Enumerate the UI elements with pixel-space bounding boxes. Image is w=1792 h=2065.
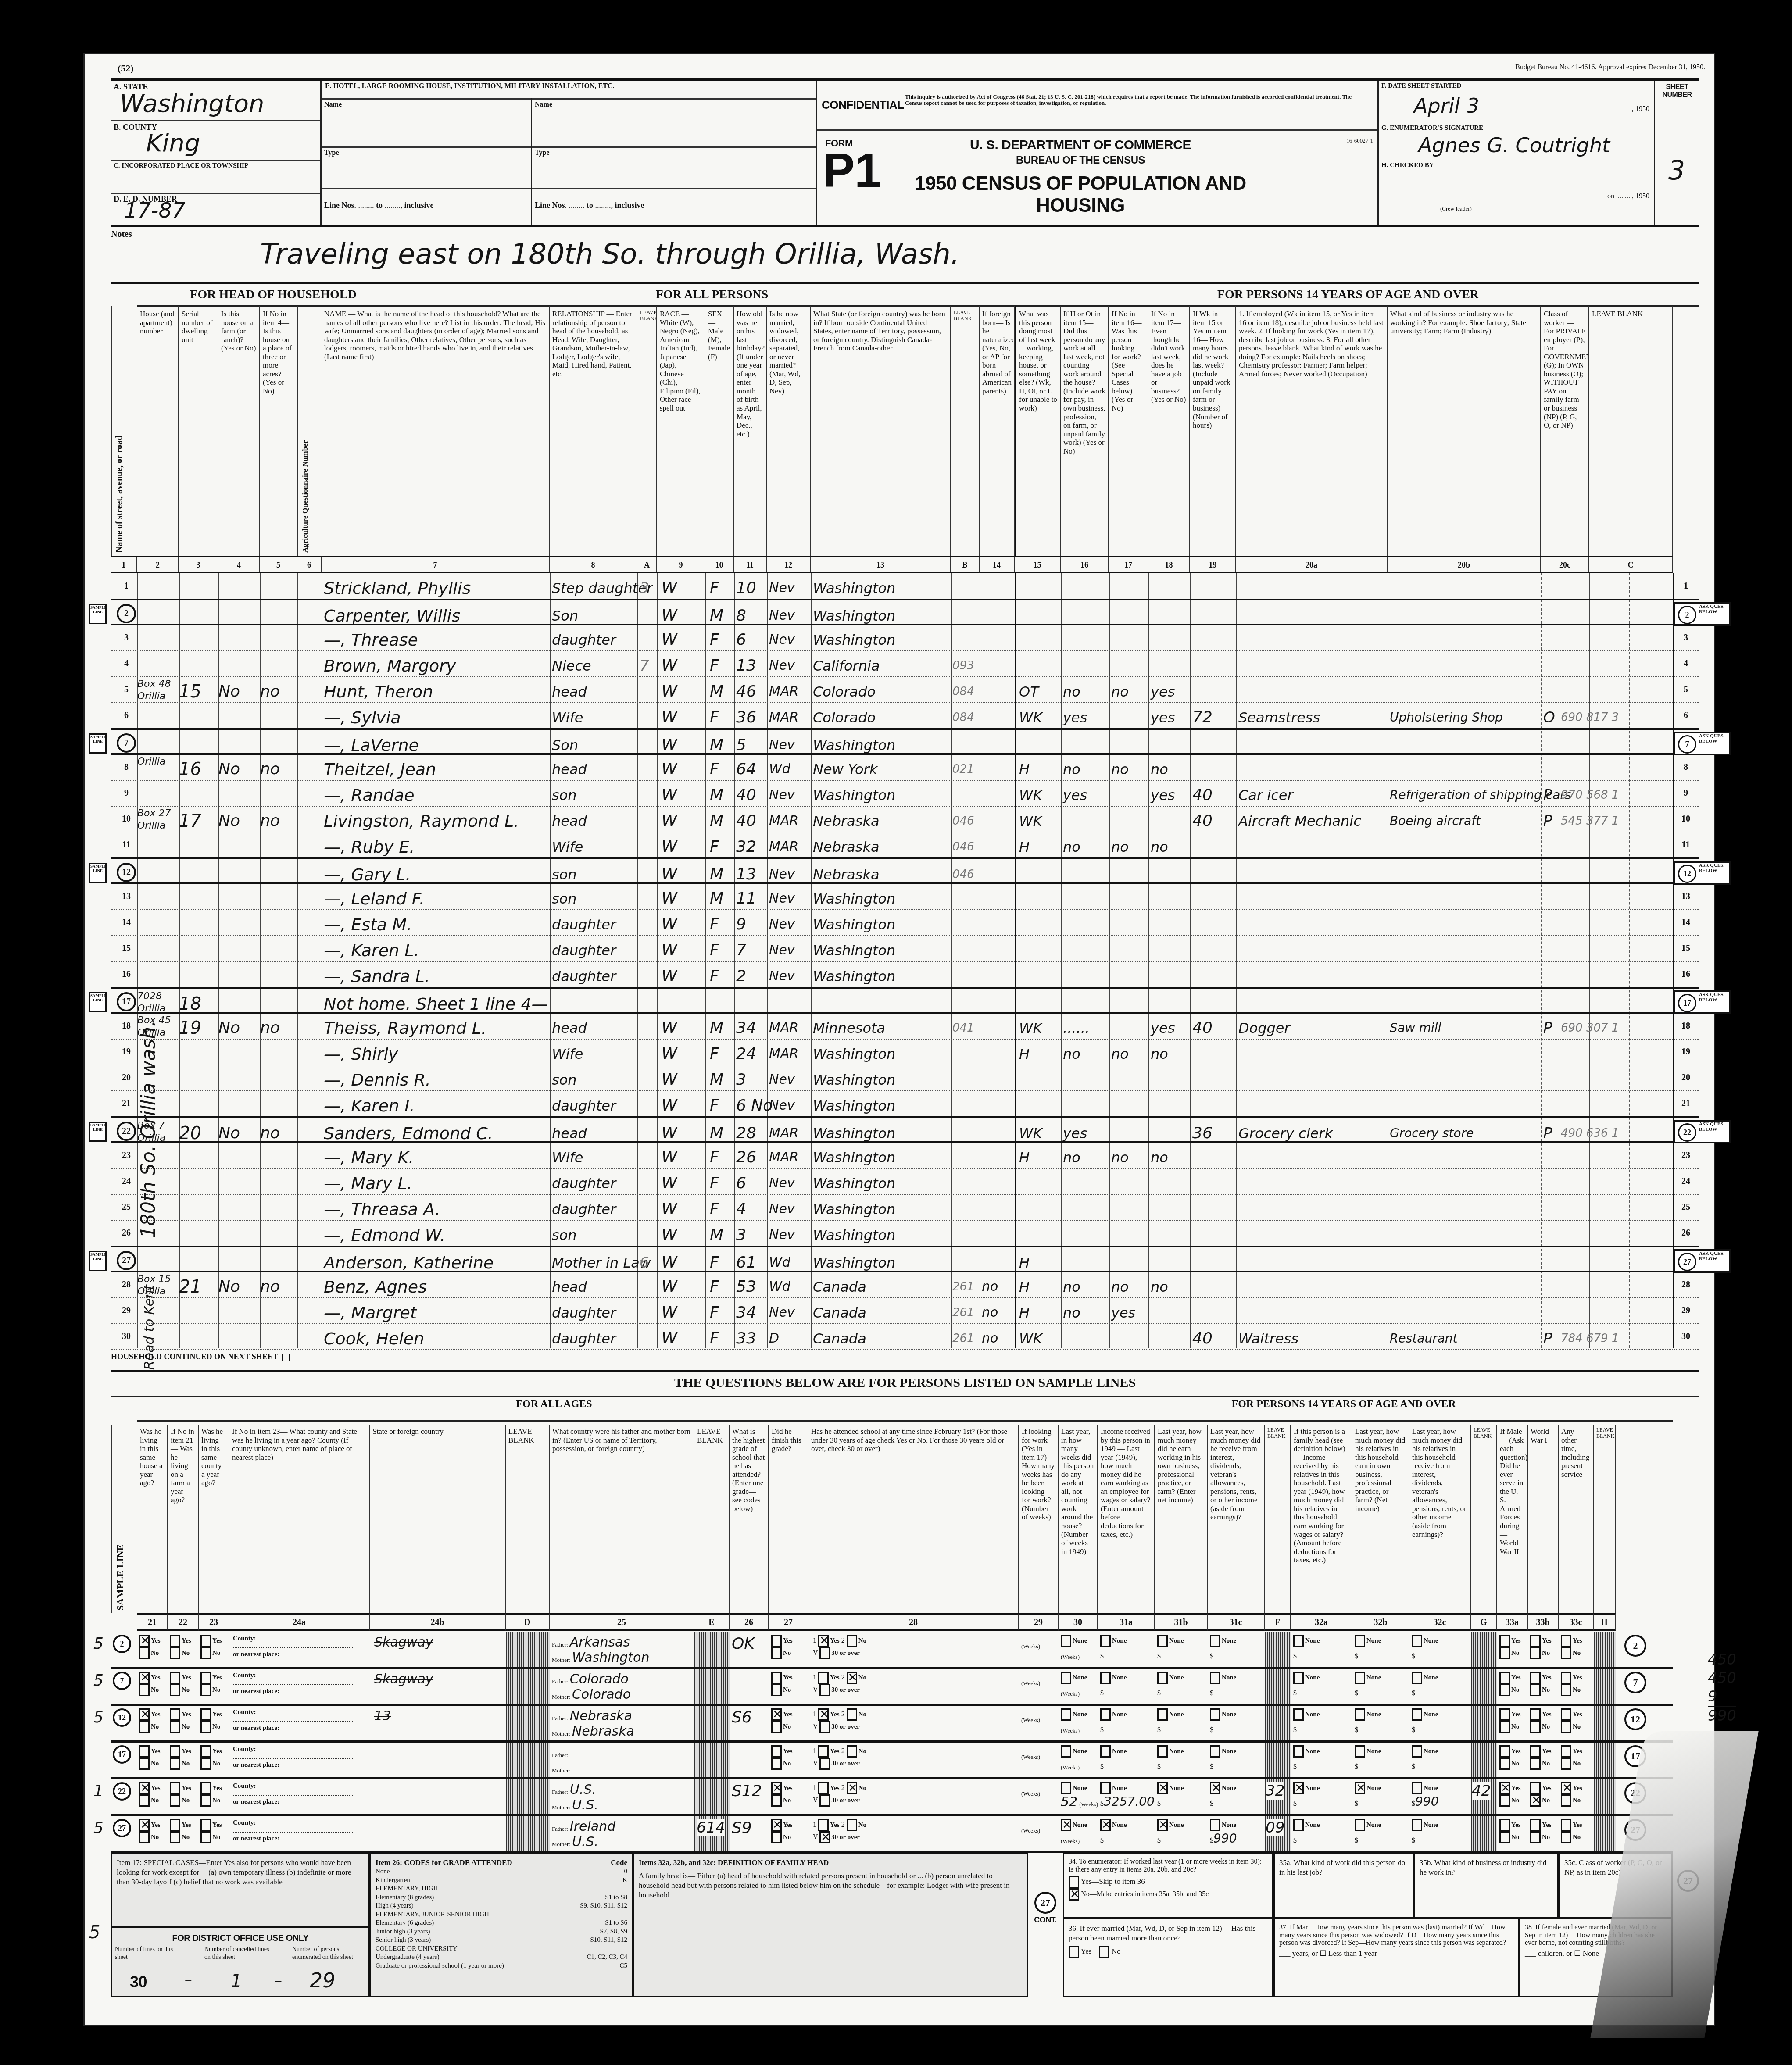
weeks-worked[interactable]: None52 (Weeks)	[1061, 1782, 1098, 1810]
income-i32a[interactable]: None$	[1293, 1635, 1320, 1661]
checkbox-q21[interactable]: ✕YesNo	[139, 1708, 161, 1733]
cell-race: W	[662, 702, 705, 729]
cell-occupation	[1238, 1297, 1388, 1324]
cell-codes	[1561, 1247, 1631, 1274]
weeks-worked[interactable]: None (Weeks)	[1061, 1745, 1087, 1773]
parents-birthplace[interactable]: Father: ArkansasMother: Washington	[552, 1635, 649, 1665]
cell-acres: no	[260, 1013, 297, 1040]
cell-codes	[1561, 1065, 1631, 1091]
income-i31b[interactable]: None$	[1157, 1708, 1184, 1735]
parents-birthplace[interactable]: Father: IrelandMother: U.S.	[552, 1819, 615, 1850]
sheet-number: 3	[1668, 155, 1685, 186]
cell-industry: Saw mill	[1390, 1013, 1541, 1040]
cell-farm: No	[218, 806, 260, 832]
income-i32c[interactable]: None$	[1412, 1672, 1438, 1698]
cell-occupation	[1238, 883, 1388, 910]
income-i31c[interactable]: ✕None$	[1210, 1782, 1236, 1809]
cell-look17	[1111, 1118, 1148, 1145]
line-number-right: 28	[1673, 1272, 1699, 1298]
household-continued-checkbox[interactable]	[282, 1354, 290, 1361]
cell-activity	[1019, 1065, 1061, 1091]
cell-industry: Refrigeration of shipping cars	[1390, 780, 1541, 807]
weeks-looking[interactable]: (Weeks)	[1021, 1672, 1040, 1687]
cell-a	[640, 1323, 657, 1350]
income-i32a[interactable]: None$	[1293, 1819, 1320, 1846]
grade-field[interactable]: S9	[732, 1819, 752, 1837]
county-field[interactable]: County:or nearest place:	[232, 1819, 354, 1843]
cell-birthplace: Washington	[813, 573, 951, 600]
sample-col-header: Last year, how much money did his relati…	[1409, 1425, 1471, 1613]
line-number-right: 24	[1673, 1168, 1699, 1195]
income-i32a[interactable]: ✕None$	[1293, 1782, 1320, 1809]
cell-occupation	[1238, 1247, 1388, 1274]
checkbox-q22[interactable]: YesNo	[170, 1819, 191, 1843]
cell-hours: 40	[1192, 806, 1236, 832]
cell-name: —, Ruby E.	[324, 832, 550, 858]
weeks-looking[interactable]: (Weeks)	[1021, 1745, 1040, 1761]
sample-col-header: If looking for work (Yes in item 17)— Ho…	[1019, 1425, 1059, 1613]
cell-codes	[1561, 1272, 1631, 1298]
cell-occupation	[1238, 1039, 1388, 1065]
cell-birthplace: Washington	[813, 625, 951, 651]
cell-codes: 545 377 1	[1561, 806, 1631, 832]
person-row: 25—, Threasa A.daughterWF4NevWashington2…	[111, 1194, 1699, 1221]
checkbox-q22[interactable]: YesNo	[170, 1782, 191, 1807]
cell-serial	[179, 1220, 218, 1247]
cell-serial: 15	[179, 676, 218, 703]
cell-b	[952, 909, 980, 936]
cell-class: O	[1543, 702, 1561, 729]
sample-line-number: 27	[113, 1819, 131, 1837]
cell-serial	[179, 859, 218, 886]
sample-col-number: G	[1471, 1613, 1497, 1631]
income-i32a[interactable]: None$	[1293, 1708, 1320, 1735]
cell-industry	[1390, 883, 1541, 910]
cell-occupation	[1238, 754, 1388, 781]
sample-line-number: 17	[113, 1745, 131, 1764]
armed-forces-ww1[interactable]: YesNo	[1530, 1708, 1552, 1733]
cell-serial	[179, 730, 218, 757]
armed-forces-ww2[interactable]: YesNo	[1499, 1672, 1521, 1696]
grade-code-item: KindergartenK	[376, 1876, 627, 1885]
cell-farm: No	[218, 1013, 260, 1040]
income-i32c[interactable]: None$	[1412, 1708, 1438, 1735]
armed-forces-other[interactable]: YesNo	[1561, 1819, 1582, 1843]
sample-col-header: If this person is a family head (see def…	[1291, 1425, 1352, 1613]
line-number-right: 19	[1673, 1039, 1699, 1065]
income-i32c[interactable]: None$990	[1412, 1782, 1438, 1809]
income-i32b[interactable]: ✕None$	[1355, 1782, 1381, 1809]
cell-sex: M	[710, 730, 734, 757]
income-i31c[interactable]: None$	[1210, 1635, 1236, 1661]
cell-serial: 19	[179, 1013, 218, 1040]
cell-race: W	[662, 1118, 705, 1145]
finish-grade-checkbox[interactable]: YesNo	[771, 1745, 793, 1770]
cell-acres: no	[260, 676, 297, 703]
cell-farm	[218, 859, 260, 886]
cell-serial: 17	[179, 806, 218, 832]
sample-col-number: 28	[808, 1613, 1019, 1631]
state-field[interactable]: Skagway	[374, 1672, 433, 1687]
parents-birthplace[interactable]: Father: NebraskaMother: Nebraska	[552, 1708, 634, 1739]
income-i31a[interactable]: None$	[1100, 1745, 1127, 1772]
cell-race: W	[662, 1013, 705, 1040]
weeks-looking[interactable]: (Weeks)	[1021, 1635, 1040, 1651]
state-field[interactable]: Skagway	[374, 1635, 433, 1650]
sample-col-header: Last year, how much money did his relati…	[1352, 1425, 1409, 1613]
cell-farm	[218, 1090, 260, 1117]
cell-work16: no	[1063, 1297, 1109, 1324]
income-i31a[interactable]: ✕None$	[1100, 1819, 1127, 1846]
checkbox-q22[interactable]: YesNo	[170, 1708, 191, 1733]
armed-forces-other[interactable]: YesNo	[1561, 1745, 1582, 1770]
sample-col-header: If No in item 23— What county and State …	[229, 1425, 370, 1613]
person-row: 29—, MargretdaughterWF34NevCanada261noHn…	[111, 1297, 1699, 1324]
cell-e: 614	[697, 1819, 725, 1836]
sample-col-header: If Male— (Ask each question) Did he ever…	[1497, 1425, 1528, 1613]
cell-occupation: Seamstress	[1238, 702, 1388, 729]
weeks-worked[interactable]: None (Weeks)	[1061, 1708, 1087, 1736]
county-field[interactable]: County:or nearest place:	[232, 1708, 354, 1732]
q36-no-checkbox[interactable]	[1099, 1946, 1109, 1958]
cell-codes: 690 817 3	[1561, 702, 1631, 729]
cell-industry: Boeing aircraft	[1390, 806, 1541, 832]
person-row: 23—, Mary K.WifeWF26MARWashingtonHnonono…	[111, 1142, 1699, 1169]
cell-marital: Nev	[769, 909, 811, 936]
cell-a	[640, 883, 657, 910]
income-i32b[interactable]: None$	[1355, 1708, 1381, 1735]
cell-nat: no	[982, 1272, 1015, 1298]
cell-look17	[1111, 650, 1148, 677]
cell-sex: F	[710, 625, 734, 651]
armed-forces-other[interactable]: YesNo	[1561, 1708, 1582, 1733]
q35a: 35a. What kind of work did this person d…	[1273, 1852, 1414, 1918]
sample-col-header: Last year, how much money did he receive…	[1208, 1425, 1265, 1613]
armed-forces-other[interactable]: YesNo	[1561, 1635, 1582, 1659]
cell-age: 7	[736, 935, 767, 962]
q34-yes-checkbox[interactable]	[1069, 1876, 1079, 1888]
weeks-looking[interactable]: (Weeks)	[1021, 1819, 1040, 1835]
weeks-looking[interactable]: (Weeks)	[1021, 1708, 1040, 1724]
cell-activity	[1019, 1194, 1061, 1221]
sample-col-number: 24b	[370, 1613, 506, 1631]
cell-a	[640, 1220, 657, 1247]
county-field[interactable]: County:or nearest place:	[232, 1672, 354, 1695]
finish-grade-checkbox[interactable]: YesNo	[771, 1672, 793, 1696]
q34-no-checkbox[interactable]: ✕	[1069, 1888, 1079, 1901]
line-number-right: 14	[1673, 909, 1699, 936]
cell-farm	[218, 1194, 260, 1221]
cell-race: W	[662, 650, 705, 677]
armed-forces-other[interactable]: ✕YesNo	[1561, 1782, 1582, 1807]
sample-col-header: If No in item 21— Was he living on a far…	[168, 1425, 199, 1613]
school-attendance-checkbox[interactable]: 1 Yes 2 ✕NoV 30 or over	[813, 1782, 866, 1807]
cell-serial	[179, 573, 218, 600]
sample-row: 25✕YesNoYesNoYesNoCounty:or nearest plac…	[111, 1632, 1673, 1669]
armed-forces-ww2[interactable]: YesNo	[1499, 1745, 1521, 1770]
income-i31b[interactable]: None$	[1157, 1745, 1184, 1772]
income-i32b[interactable]: None$	[1355, 1635, 1381, 1661]
school-attendance-checkbox[interactable]: 1 ✕Yes 2 NoV 30 or over	[813, 1708, 866, 1733]
income-i31c[interactable]: None$	[1210, 1672, 1236, 1698]
cell-birthplace: Washington	[813, 909, 951, 936]
cell-work16	[1063, 1168, 1109, 1195]
cell-activity: OT	[1019, 676, 1061, 703]
cell-codes	[1561, 676, 1631, 703]
sample-line-number-right: 2	[1624, 1635, 1646, 1657]
cell-name: —, Dennis R.	[324, 1065, 550, 1091]
cell-job18: no	[1151, 832, 1190, 858]
cell-job18	[1151, 1118, 1190, 1145]
armed-forces-ww1[interactable]: YesNo	[1530, 1745, 1552, 1770]
checkbox-q21[interactable]: ✕YesNo	[139, 1672, 161, 1696]
weeks-worked[interactable]: ✕None (Weeks)	[1061, 1819, 1087, 1847]
cell-serial	[179, 883, 218, 910]
finish-grade-checkbox[interactable]: ✕YesNo	[771, 1708, 793, 1733]
cell-class	[1543, 1220, 1561, 1247]
cell-activity	[1019, 909, 1061, 936]
cell-serial	[179, 1065, 218, 1091]
grade-codes-box: Item 26: CODES for GRADE ATTENDEDCode No…	[370, 1852, 633, 1997]
sample-line-marker: SAMPLE LINE	[89, 604, 107, 624]
county-field[interactable]: County:or nearest place:	[232, 1782, 354, 1806]
armed-forces-ww1[interactable]: YesNo	[1530, 1672, 1552, 1696]
income-i31b[interactable]: ✕None$	[1157, 1782, 1184, 1809]
school-attendance-checkbox[interactable]: 1 Yes 2 ✕NoV 30 or over	[813, 1672, 866, 1696]
school-attendance-checkbox[interactable]: 1 Yes 2 NoV 30 or over	[813, 1745, 866, 1770]
cell-name: Theitzel, Jean	[324, 754, 550, 781]
q37: 37. If Mar—How many years since this per…	[1273, 1918, 1519, 1997]
sample-line-number: 2	[113, 1635, 131, 1653]
grade-field[interactable]: OK	[732, 1635, 755, 1653]
finish-grade-checkbox[interactable]: ✕YesNo	[771, 1819, 793, 1843]
cell-age: 40	[736, 780, 767, 807]
cell-birthplace: Nebraska	[813, 806, 951, 832]
cell-age: 64	[736, 754, 767, 781]
income-i32b[interactable]: None$	[1355, 1672, 1381, 1698]
person-row: 21—, Karen I.daughterWF6 NoNevWashington…	[111, 1090, 1699, 1117]
checkbox-q21[interactable]: ✕YesNo	[139, 1782, 161, 1807]
line-number-right: 9	[1673, 780, 1699, 807]
cell-birthplace: Washington	[813, 1194, 951, 1221]
cell-class	[1543, 730, 1561, 757]
line-number-right: 20	[1673, 1065, 1699, 1091]
cell-race: W	[662, 961, 705, 988]
sample-col-header: World War I	[1528, 1425, 1559, 1613]
county-field[interactable]: County:or nearest place:	[232, 1635, 354, 1658]
income-i32c[interactable]: None$	[1412, 1745, 1438, 1772]
cell-job18	[1151, 1323, 1190, 1350]
line-number-right: 30	[1673, 1323, 1699, 1350]
cell-class: P	[1543, 780, 1561, 807]
cell-job18: no	[1151, 1039, 1190, 1065]
armed-forces-ww2[interactable]: ✕YesNo	[1499, 1782, 1521, 1807]
cell-sex: M	[710, 806, 734, 832]
line-number-right: 25	[1673, 1194, 1699, 1221]
cell-occupation	[1238, 832, 1388, 858]
checkbox-q23[interactable]: YesNo	[200, 1819, 222, 1843]
cell-sex: M	[710, 1013, 734, 1040]
parents-birthplace[interactable]: Father: ColoradoMother: Colorado	[552, 1672, 631, 1702]
income-i31c[interactable]: None$	[1210, 1708, 1236, 1735]
armed-forces-ww2[interactable]: YesNo	[1499, 1819, 1521, 1843]
weeks-looking[interactable]: (Weeks)	[1021, 1782, 1040, 1798]
checkbox-q23[interactable]: YesNo	[200, 1635, 222, 1659]
location-box: a. STATE Washington b. COUNTY King c. IN…	[111, 81, 322, 225]
cell-b	[952, 935, 980, 962]
cell-sex: M	[710, 600, 734, 627]
institution-box: e. HOTEL, LARGE ROOMING HOUSE, INSTITUTI…	[322, 81, 817, 225]
ask-questions-below-marker: 22ASK QUES. BELOW	[1674, 1120, 1731, 1143]
cell-race: W	[662, 754, 705, 781]
sample-tally-mark: 5	[93, 1672, 104, 1690]
armed-forces-ww1[interactable]: YesNo	[1530, 1819, 1552, 1843]
cell-activity	[1019, 859, 1061, 886]
cell-job18	[1151, 650, 1190, 677]
state-field[interactable]: 13	[374, 1708, 391, 1724]
school-attendance-checkbox[interactable]: 1 Yes 2 NoV ✕30 or over	[813, 1819, 866, 1843]
armed-forces-ww1[interactable]: YesNo	[1530, 1635, 1552, 1659]
cell-farm: No	[218, 754, 260, 781]
finish-grade-checkbox[interactable]: YesNo	[771, 1635, 793, 1659]
income-i32a[interactable]: None$	[1293, 1672, 1320, 1698]
cell-marital: MAR	[769, 1039, 811, 1065]
weeks-worked[interactable]: None (Weeks)	[1061, 1635, 1087, 1662]
cell-birthplace: Washington	[813, 1168, 951, 1195]
income-i32b[interactable]: None$	[1355, 1745, 1381, 1772]
income-i31a[interactable]: None$3257.00	[1100, 1782, 1155, 1809]
cell-codes	[1561, 1220, 1631, 1247]
checkbox-q23[interactable]: YesNo	[200, 1672, 222, 1696]
sample-col-number: 26	[730, 1613, 769, 1631]
cell-name: Carpenter, Willis	[324, 600, 550, 627]
parents-birthplace[interactable]: Father: Mother:	[552, 1745, 570, 1776]
school-attendance-checkbox[interactable]: 1 ✕Yes 2 NoV 30 or over	[813, 1635, 866, 1659]
armed-forces-ww1[interactable]: Yes✕No	[1530, 1782, 1552, 1807]
cell-farm	[218, 1220, 260, 1247]
income-i32c[interactable]: None$	[1412, 1819, 1438, 1846]
grade-code-item: Elementary (6 grades)S1 to S6	[376, 1919, 627, 1928]
cell-race: W	[662, 1039, 705, 1065]
cell-acres	[260, 1220, 297, 1247]
cell-street: Box 27 Orillia	[137, 806, 179, 832]
cell-serial	[179, 650, 218, 677]
cell-serial	[179, 1297, 218, 1324]
income-i31a[interactable]: None$	[1100, 1635, 1127, 1661]
cell-acres	[260, 1323, 297, 1350]
grade-field[interactable]: S12	[732, 1782, 762, 1800]
ask-questions-below-marker: 27ASK QUES. BELOW	[1674, 1249, 1731, 1273]
cell-nat	[982, 935, 1015, 962]
checkbox-q23[interactable]: YesNo	[200, 1745, 222, 1770]
checkbox-q22[interactable]: YesNo	[170, 1635, 191, 1659]
income-i31b[interactable]: ✕None$	[1157, 1819, 1184, 1846]
cell-birthplace: Washington	[813, 600, 951, 627]
cell-name: Benz, Agnes	[324, 1272, 550, 1298]
cell-rel: son	[552, 1065, 637, 1091]
cell-name: —, Karen L.	[324, 935, 550, 962]
armed-forces-ww2[interactable]: YesNo	[1499, 1635, 1521, 1659]
armed-forces-ww2[interactable]: YesNo	[1499, 1708, 1521, 1733]
cell-farm	[218, 1168, 260, 1195]
income-i31b[interactable]: None$	[1157, 1672, 1184, 1698]
cell-nat	[982, 1090, 1015, 1117]
cell-work16: no	[1063, 1039, 1109, 1065]
cell-job18	[1151, 1220, 1190, 1247]
income-i31a[interactable]: None$	[1100, 1708, 1127, 1735]
person-row: 6—, SylviaWifeWF36MARColorado084WKyesyes…	[111, 702, 1699, 729]
parents-birthplace[interactable]: Father: U.S.Mother: U.S.	[552, 1782, 598, 1813]
cell-serial	[179, 935, 218, 962]
cell-age: 6	[736, 1168, 767, 1195]
finish-grade-checkbox[interactable]: ✕YesNo	[771, 1782, 793, 1807]
person-row: 11—, Ruby E.WifeWF32MARNebraska046Hnonon…	[111, 832, 1699, 858]
checkbox-q21[interactable]: YesNo	[139, 1745, 161, 1770]
weeks-worked[interactable]: None (Weeks)	[1061, 1672, 1087, 1699]
cell-industry	[1390, 650, 1541, 677]
cell-b	[952, 1247, 980, 1274]
cell-age: 6 No	[736, 1090, 767, 1117]
cell-race: W	[662, 806, 705, 832]
population-table: FOR HEAD OF HOUSEHOLD FOR ALL PERSONS FO…	[111, 282, 1699, 1348]
sample-line-number-right: 12	[1624, 1708, 1646, 1730]
cell-rel: Niece	[552, 650, 637, 677]
cell-sex: M	[710, 1220, 734, 1247]
cell-serial	[179, 600, 218, 627]
line-number-right: 6	[1673, 702, 1699, 729]
q36-yes-checkbox[interactable]	[1069, 1946, 1079, 1958]
checkbox-q21[interactable]: ✕YesNo	[139, 1819, 161, 1843]
checkbox-q22[interactable]: YesNo	[170, 1672, 191, 1696]
income-i32b[interactable]: None$	[1355, 1819, 1381, 1846]
income-i32a[interactable]: None$	[1293, 1745, 1320, 1772]
sample-col-header: Last year, in how many weeks did this pe…	[1059, 1425, 1098, 1613]
cell-codes	[1561, 1297, 1631, 1324]
cell-rel: head	[552, 676, 637, 703]
checkbox-q23[interactable]: YesNo	[200, 1708, 222, 1733]
cell-job18: yes	[1151, 676, 1190, 703]
armed-forces-other[interactable]: YesNo	[1561, 1672, 1582, 1696]
cell-race: W	[662, 1247, 705, 1274]
cell-b: 046	[952, 832, 980, 858]
cell-rel: daughter	[552, 1194, 637, 1221]
income-i31a[interactable]: None$	[1100, 1672, 1127, 1698]
cell-activity: WK	[1019, 1118, 1061, 1145]
cell-farm	[218, 625, 260, 651]
cell-sex: F	[710, 1142, 734, 1169]
cell-acres: no	[260, 1272, 297, 1298]
checkbox-q22[interactable]: YesNo	[170, 1745, 191, 1770]
cell-activity: H	[1019, 832, 1061, 858]
grade-field[interactable]: S6	[732, 1708, 752, 1726]
cell-activity: H	[1019, 1039, 1061, 1065]
county-field[interactable]: County:or nearest place:	[232, 1745, 354, 1769]
cell-serial	[179, 1090, 218, 1117]
cell-rel: Wife	[552, 832, 637, 858]
income-i31c[interactable]: None$	[1210, 1745, 1236, 1772]
checkbox-q23[interactable]: YesNo	[200, 1782, 222, 1807]
cell-a	[640, 832, 657, 858]
cell-job18	[1151, 961, 1190, 988]
checkbox-q21[interactable]: ✕YesNo	[139, 1635, 161, 1659]
cell-codes: 970 568 1	[1561, 780, 1631, 807]
income-i31c[interactable]: None$990	[1210, 1819, 1237, 1846]
income-i31b[interactable]: None$	[1157, 1635, 1184, 1661]
cell-race: W	[662, 832, 705, 858]
cell-look17	[1111, 859, 1148, 886]
cell-occupation: Waitress	[1238, 1323, 1388, 1350]
income-i32c[interactable]: None$	[1412, 1635, 1438, 1661]
